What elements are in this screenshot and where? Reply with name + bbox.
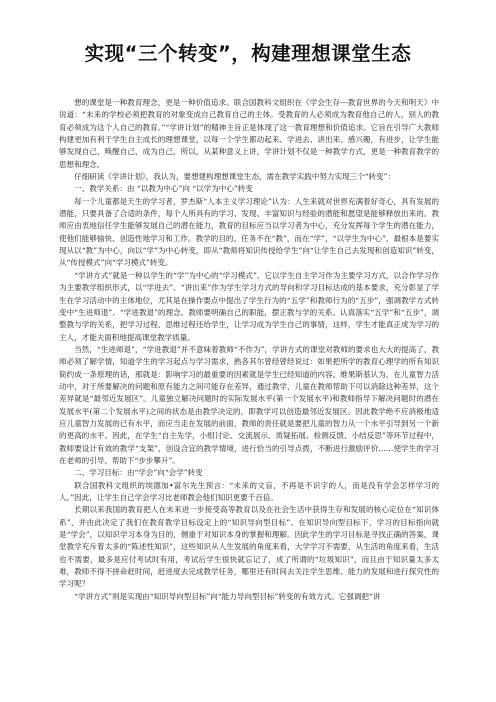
paragraph-section2-a: 联合国教科文组织的埃德加•富尔先生预言：“未来的文盲，不再是不识字的人，而是没有… — [59, 480, 439, 505]
paragraph-section1-c: 当然，“生进师退”，“学进教退”并不意味着教师“不作为”，学讲方式的课堂对教师的… — [59, 344, 439, 467]
section-heading-1: 一、教学关系：由 “以教为中心”向 “以学为中心”转变 — [59, 183, 439, 195]
paragraph-intro: 想的课堂是一种教育理念，更是一种价值追求。联合国教科文组织在《学会生存---教育… — [59, 97, 439, 171]
document-page: 实现“三个转变”，构建理想课堂生态 想的课堂是一种教育理念，更是一种价值追求。联… — [0, 0, 496, 702]
paragraph-overview: 仔细研读《学讲计划》，我认为，要想建构理想课堂生态，需在教学实践中努力实现三个“… — [59, 171, 439, 183]
paragraph-section2-b: 长期以来我国的教育把人在未来进一步接受高等教育以及在社会生活中获得生存和发展的核… — [59, 504, 439, 590]
paragraph-section1-b: “学讲方式”就是一种以学生的“学”为中心的“学习模式”。它以学生自主学习作为主要… — [59, 270, 439, 344]
document-body: 想的课堂是一种教育理念，更是一种价值追求。联合国教科文组织在《学会生存---教育… — [59, 97, 439, 603]
paragraph-section2-c: “学讲方式”则是实现由“知识导向型目标”向“能力导向型目标”转变的有效方式。它强… — [59, 591, 439, 603]
paragraph-section1-a: 每一个儿童都是天生的学习者，罗杰斯“人本主义学习理论”认为：人生来就对世界充满着… — [59, 196, 439, 270]
document-title: 实现“三个转变”，构建理想课堂生态 — [0, 38, 496, 66]
section-heading-2: 二、学习目标：由“学会”向“会学”转变 — [59, 467, 439, 479]
